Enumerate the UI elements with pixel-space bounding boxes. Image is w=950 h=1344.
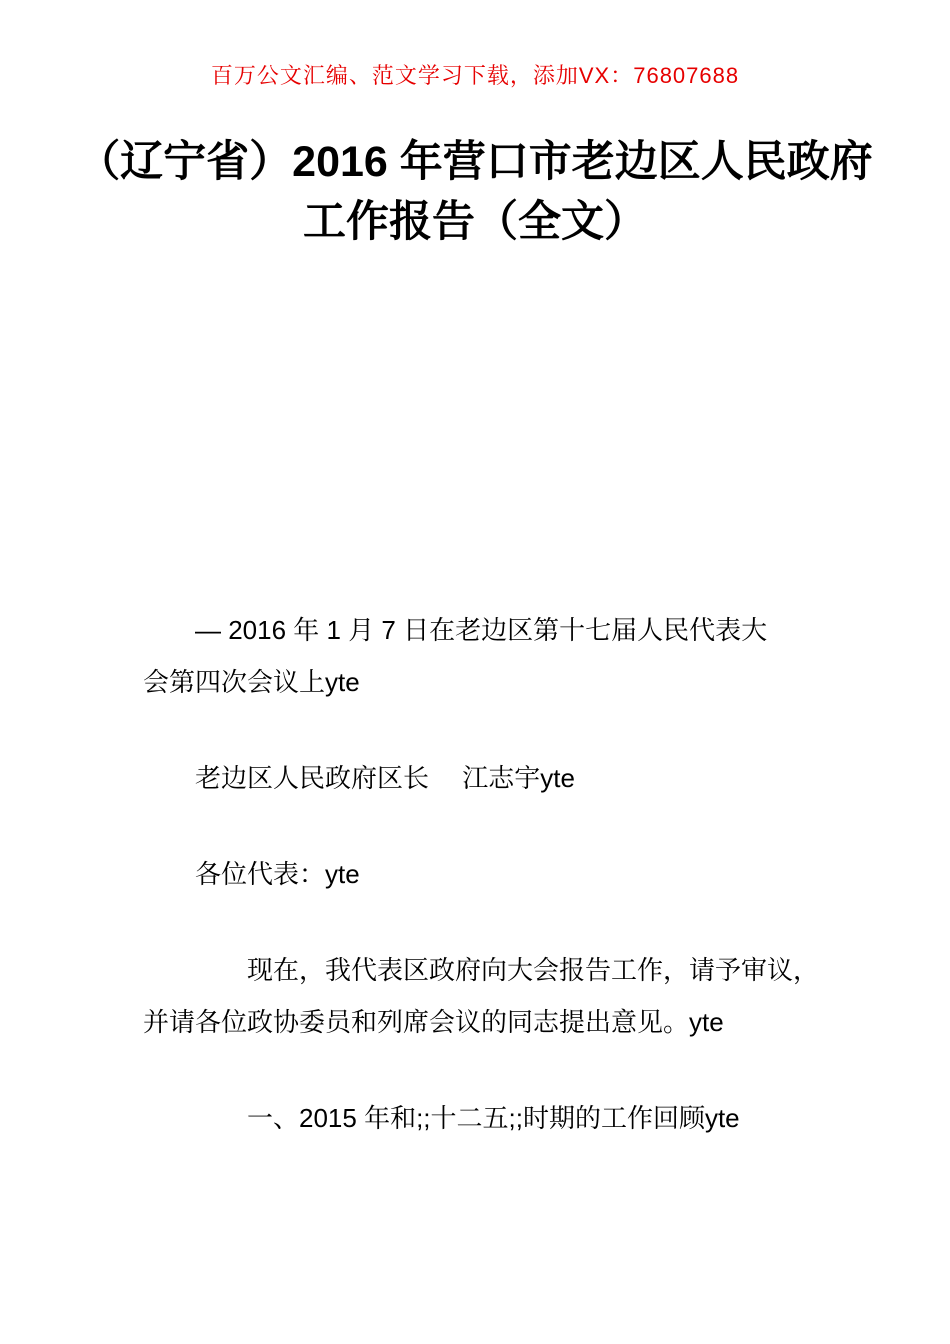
document-page: 百万公文汇编、范文学习下载，添加VX：76807688 （辽宁省）2016 年营… bbox=[0, 0, 950, 1344]
watermark-ad-text: 百万公文汇编、范文学习下载，添加VX：76807688 bbox=[0, 0, 950, 90]
paragraph-line: 并请各位政协委员和列席会议的同志提出意见。yte bbox=[143, 996, 832, 1048]
paragraph-line: — 2016 年 1 月 7 日在老边区第十七届人民代表大 bbox=[143, 604, 832, 656]
document-body: — 2016 年 1 月 7 日在老边区第十七届人民代表大 会第四次会议上yte… bbox=[0, 604, 950, 1144]
body-paragraph-salutation: 各位代表：yte bbox=[143, 848, 832, 900]
body-paragraph-dateline: — 2016 年 1 月 7 日在老边区第十七届人民代表大 会第四次会议上yte bbox=[143, 604, 832, 708]
document-title: （辽宁省）2016 年营口市老边区人民政府 工作报告（全文） bbox=[70, 132, 880, 252]
paragraph-line: 现在，我代表区政府向大会报告工作，请予审议， bbox=[143, 944, 832, 996]
body-paragraph-section-heading: 一、2015 年和;;十二五;;时期的工作回顾yte bbox=[143, 1092, 832, 1144]
paragraph-line: 会第四次会议上yte bbox=[143, 656, 832, 708]
paragraph-line: 各位代表：yte bbox=[143, 848, 832, 900]
document-title-line-1: （辽宁省）2016 年营口市老边区人民政府 bbox=[70, 132, 880, 192]
paragraph-line: 一、2015 年和;;十二五;;时期的工作回顾yte bbox=[143, 1092, 832, 1144]
document-title-line-2: 工作报告（全文） bbox=[70, 192, 880, 252]
body-paragraph-intro: 现在，我代表区政府向大会报告工作，请予审议， 并请各位政协委员和列席会议的同志提… bbox=[143, 944, 832, 1048]
paragraph-line: 老边区人民政府区长 江志宇yte bbox=[143, 752, 832, 804]
body-paragraph-speaker: 老边区人民政府区长 江志宇yte bbox=[143, 752, 832, 804]
